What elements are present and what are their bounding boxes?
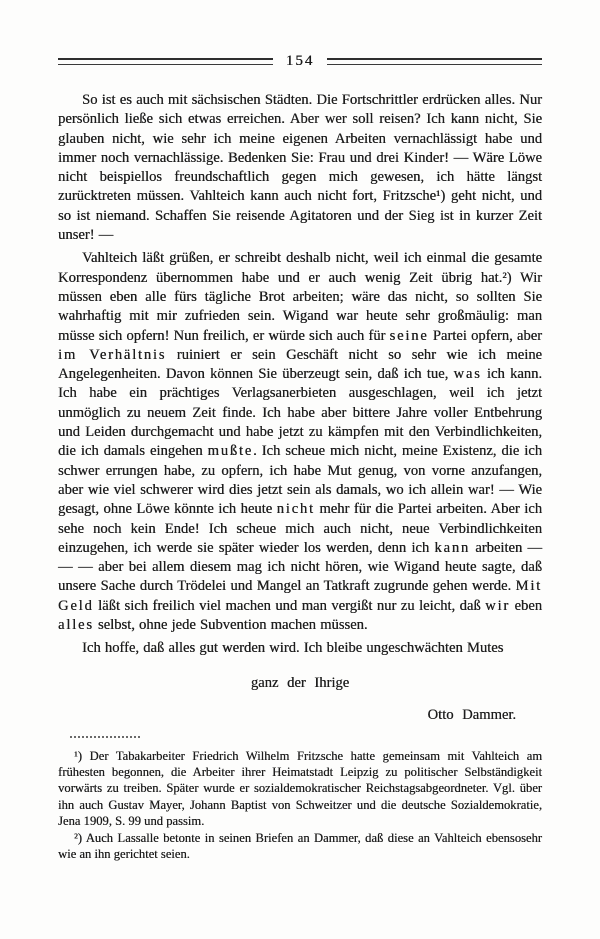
letter-paragraph-3: Ich hoffe, daß alles gut werden wird. Ic…: [58, 639, 542, 658]
book-page: 154 So ist es auch mit sächsischen Städt…: [0, 0, 600, 939]
closing-line: ganz der Ihrige: [58, 674, 542, 693]
footnote-2: ²) Auch Lassalle betonte in seinen Brief…: [58, 830, 542, 863]
header-rule-right: [327, 58, 542, 65]
signature: Otto Dammer.: [58, 706, 542, 725]
text-block: 154 So ist es auch mit sächsischen Städt…: [58, 54, 542, 862]
header-rule-left: [58, 58, 273, 65]
running-head: 154: [58, 54, 542, 69]
page-number: 154: [273, 54, 328, 69]
letter-paragraph-1: So ist es auch mit sächsischen Städten. …: [58, 91, 542, 245]
letter-paragraph-2: Vahlteich läßt grüßen, er schreibt desha…: [58, 249, 542, 635]
footnote-separator: [70, 736, 140, 738]
footnote-1: ¹) Der Tabakarbeiter Friedrich Wilhelm F…: [58, 748, 542, 830]
